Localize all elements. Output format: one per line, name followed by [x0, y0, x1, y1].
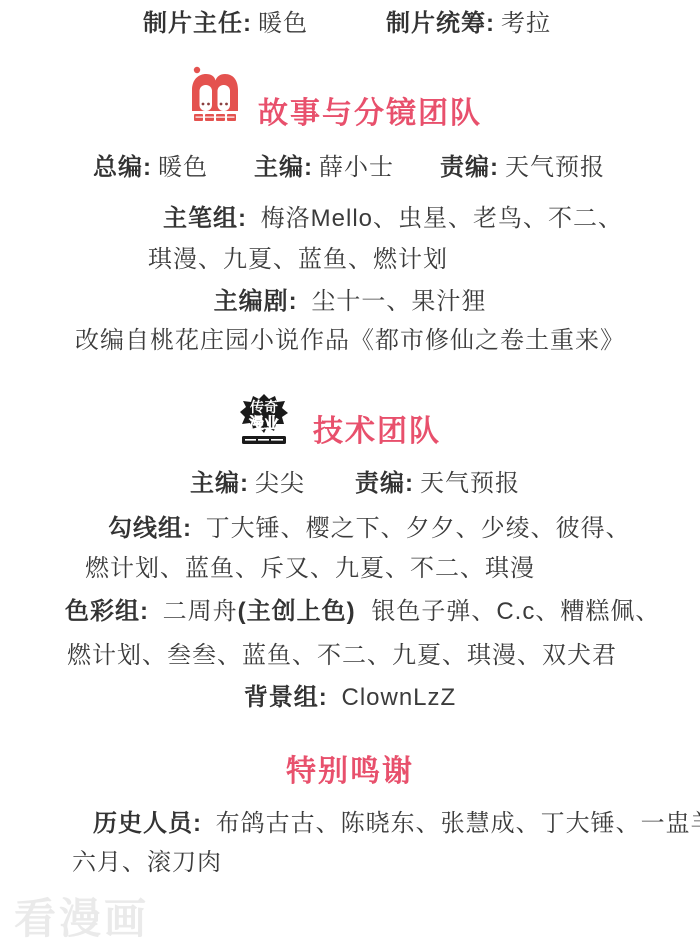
special-thanks-title: 特别鸣谢: [0, 746, 700, 790]
tech-duty-editor-value: 天气预报: [420, 468, 520, 499]
screenwriters-label: 主编剧:: [214, 288, 298, 315]
coloring-label: 色彩组:: [65, 598, 149, 625]
tech-editors-row: 主编: 尖尖 责编: 天气预报: [190, 468, 520, 499]
app-watermark: 看漫画: [14, 886, 149, 944]
lineart-label: 勾线组:: [108, 515, 192, 542]
history-members-label: 历史人员:: [93, 810, 202, 837]
main-editor-value: 薛小士: [319, 152, 394, 183]
coloring-lead-name: 二周舟: [163, 598, 238, 625]
background-group-value: ClownLzZ: [341, 684, 456, 711]
main-editor-label: 主编:: [254, 152, 313, 183]
logo-banner-marks: [245, 439, 283, 441]
legend-logo-text-top: 传奇: [249, 399, 278, 415]
legend-comic-logo-icon: 传奇 漫业: [239, 394, 289, 446]
m-studio-logo-icon: [189, 64, 241, 124]
tech-main-editor-value: 尖尖: [255, 468, 305, 499]
story-team-title: 故事与分镜团队: [258, 88, 482, 132]
screenwriters-names: 尘十一、果汁狸: [311, 288, 486, 315]
coloring-names-2: 燃计划、叁叁、蓝鱼、不二、九夏、琪漫、双犬君: [67, 642, 617, 669]
background-group-label: 背景组:: [244, 684, 328, 711]
lineart-line1: 勾线组: 丁大锤、樱之下、夕夕、少绫、彼得、: [108, 513, 631, 544]
producer-coordinator-value: 考拉: [501, 8, 551, 39]
coloring-names-1: 银色子弹、C.c、糟糕佩、: [371, 598, 660, 625]
chief-editor-value: 暖色: [158, 152, 208, 183]
history-members-line1: 历史人员: 布鸽古古、陈晓东、张慧成、丁大锤、一盅羊、: [93, 808, 700, 839]
history-members-names-1: 布鸽古古、陈晓东、张慧成、丁大锤、一盅羊、: [216, 810, 700, 837]
producer-director-label: 制片主任:: [143, 8, 252, 39]
duty-editor: 责编: 天气预报: [440, 152, 605, 183]
tech-main-editor-label: 主编:: [190, 468, 249, 499]
lineart-names-2: 燃计划、蓝鱼、斥又、九夏、不二、琪漫: [85, 555, 535, 582]
logo-caption-marks: [194, 114, 236, 121]
lead-artists-line1: 主笔组: 梅洛Mello、虫星、老鸟、不二、: [163, 203, 623, 234]
tech-duty-editor: 责编: 天气预报: [355, 468, 520, 499]
lead-artists-label: 主笔组:: [163, 205, 247, 232]
screenwriters-line: 主编剧: 尘十一、果汁狸: [0, 286, 700, 317]
adaptation-note: 改编自桃花庄园小说作品《都市修仙之卷土重来》: [0, 325, 700, 356]
producers-row: 制片主任: 暖色 制片统筹: 考拉: [143, 8, 551, 39]
coloring-lead-role: (主创上色): [238, 598, 356, 625]
main-editor: 主编: 薛小士: [254, 152, 394, 183]
tech-team-title: 技术团队: [313, 406, 441, 450]
lead-artists-line2: 琪漫、九夏、蓝鱼、燃计划: [148, 244, 448, 275]
lineart-line2: 燃计划、蓝鱼、斥又、九夏、不二、琪漫: [85, 553, 535, 584]
producer-coordinator-label: 制片统筹:: [386, 8, 495, 39]
tech-main-editor: 主编: 尖尖: [190, 468, 305, 499]
chief-editor-label: 总编:: [93, 152, 152, 183]
lead-artists-names-2: 琪漫、九夏、蓝鱼、燃计划: [148, 246, 448, 273]
producer-coordinator: 制片统筹: 考拉: [386, 8, 551, 39]
chief-editor: 总编: 暖色: [93, 152, 208, 183]
duty-editor-value: 天气预报: [505, 152, 605, 183]
duty-editor-label: 责编:: [440, 152, 499, 183]
tech-duty-editor-label: 责编:: [355, 468, 414, 499]
coloring-line1: 色彩组: 二周舟(主创上色) 银色子弹、C.c、糟糕佩、: [65, 596, 660, 627]
history-members-line2: 六月、滚刀肉: [72, 847, 222, 878]
history-members-names-2: 六月、滚刀肉: [72, 849, 222, 876]
legend-logo-text-bottom: 漫业: [249, 414, 279, 432]
coloring-line2: 燃计划、叁叁、蓝鱼、不二、九夏、琪漫、双犬君: [67, 640, 617, 671]
background-group-line: 背景组: ClownLzZ: [0, 682, 700, 713]
lead-artists-names-1: 梅洛Mello、虫星、老鸟、不二、: [261, 205, 623, 232]
producer-director-value: 暖色: [258, 8, 308, 39]
lineart-names-1: 丁大锤、樱之下、夕夕、少绫、彼得、: [206, 515, 631, 542]
story-editors-row: 总编: 暖色 主编: 薛小士 责编: 天气预报: [93, 152, 605, 183]
credits-page: 制片主任: 暖色 制片统筹: 考拉 故事与分镜团队 总编: 暖色: [0, 0, 700, 944]
producer-director: 制片主任: 暖色: [143, 8, 308, 39]
